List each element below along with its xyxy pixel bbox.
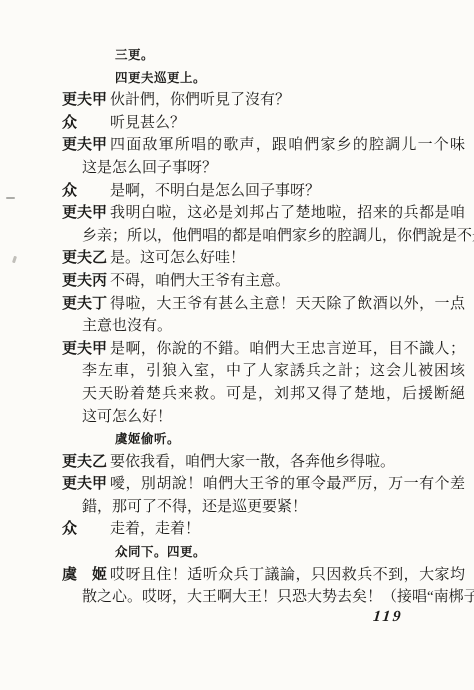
- speech-text-line: 这是怎么回子事呀？: [0, 157, 465, 180]
- dialogue-line: 更夫乙 要依我看，咱們大家一散，各奔他乡得啦。: [0, 451, 465, 474]
- dialogue-line: 更夫甲 四面敌軍所唱的歌声，跟咱們家乡的腔調儿一个味儿，这是怎么回子事呀？: [0, 134, 465, 179]
- speaker-name: 众: [62, 180, 77, 203]
- speech-text-line: 主意也沒有。: [0, 315, 465, 338]
- dialogue-line: 更夫乙 是。这可怎么好哇！: [0, 247, 465, 270]
- dialogue-line: 众 走着，走着！: [0, 518, 465, 541]
- speaker-name: 虞 姬: [62, 564, 107, 587]
- speaker-name: 更夫丁: [62, 293, 107, 316]
- dialogue-line: 更夫丁 得啦，大王爷有甚么主意！天天除了飲酒以外，一点儿主意也沒有。: [0, 293, 465, 338]
- dialogue-line: 更夫甲 伙計們，你們听見了沒有？: [0, 89, 465, 112]
- speaker-name: 更夫甲: [62, 89, 107, 112]
- speech-text-line: 散之心。哎呀，大王啊大王！只恐大势去矣！（接唱“南梆子”）: [0, 586, 465, 609]
- stage-direction: 众同下。四更。: [0, 541, 465, 564]
- speaker-name: 更夫甲: [62, 338, 107, 361]
- speech-text-line: 錯，那可了不得，还是巡更要紧！: [0, 496, 465, 519]
- book-page: 三更。四更夫巡更上。 更夫甲 伙計們，你們听見了沒有？ 众 听見甚么？ 更夫甲 …: [0, 0, 474, 690]
- speaker-name: 更夫乙: [62, 451, 107, 474]
- speech-text-line: 这可怎么好！: [0, 406, 465, 429]
- dialogue-line: 更夫甲 我明白啦，这必是刘邦占了楚地啦，招来的兵都是咱們的乡亲；所以，他們唱的都…: [0, 202, 465, 247]
- dialogue-line: 虞 姬 哎呀且住！适听众兵丁議論，只因救兵不到，大家均有离散之心。哎呀，大王啊大…: [0, 564, 465, 609]
- dialogue-line: 更夫甲 是啊，你說的不錯。咱們大王忠言逆耳，目不識人；信用李左車，引狼入室，中了…: [0, 338, 465, 428]
- speaker-name: 更夫丙: [62, 270, 107, 293]
- speaker-name: 更夫乙: [62, 247, 107, 270]
- stage-direction: 四更夫巡更上。: [0, 67, 465, 90]
- speaker-name: 众: [62, 112, 77, 135]
- speaker-name: 更夫甲: [62, 134, 107, 157]
- page-number: 119: [372, 608, 404, 626]
- speech-text-line: 天天盼着楚兵来救。可是，刘邦又得了楚地，后援断絕啦，: [0, 383, 465, 406]
- speech-text-line: 乡亲；所以，他們唱的都是咱們家乡的腔調儿，你們說是不是？: [0, 225, 465, 248]
- dialogue-line: 众 听見甚么？: [0, 112, 465, 135]
- script-body: 三更。四更夫巡更上。 更夫甲 伙計們，你們听見了沒有？ 众 听見甚么？ 更夫甲 …: [0, 44, 465, 609]
- stage-direction: 三更。: [0, 44, 465, 67]
- dialogue-line: 众 是啊，不明白是怎么回子事呀？: [0, 180, 465, 203]
- stage-direction: 虞姬偷听。: [0, 428, 465, 451]
- dialogue-line: 更夫丙 不碍，咱們大王爷有主意。: [0, 270, 465, 293]
- dialogue-line: 更夫甲 噯，別胡說！咱們大王爷的軍令最严厉，万一有个差錯，那可了不得，还是巡更要…: [0, 473, 465, 518]
- speaker-name: 众: [62, 518, 77, 541]
- speaker-name: 更夫甲: [62, 202, 107, 225]
- speech-text-line: 李左車，引狼入室，中了人家誘兵之計；这会儿被困垓下，: [0, 360, 465, 383]
- speaker-name: 更夫甲: [62, 473, 107, 496]
